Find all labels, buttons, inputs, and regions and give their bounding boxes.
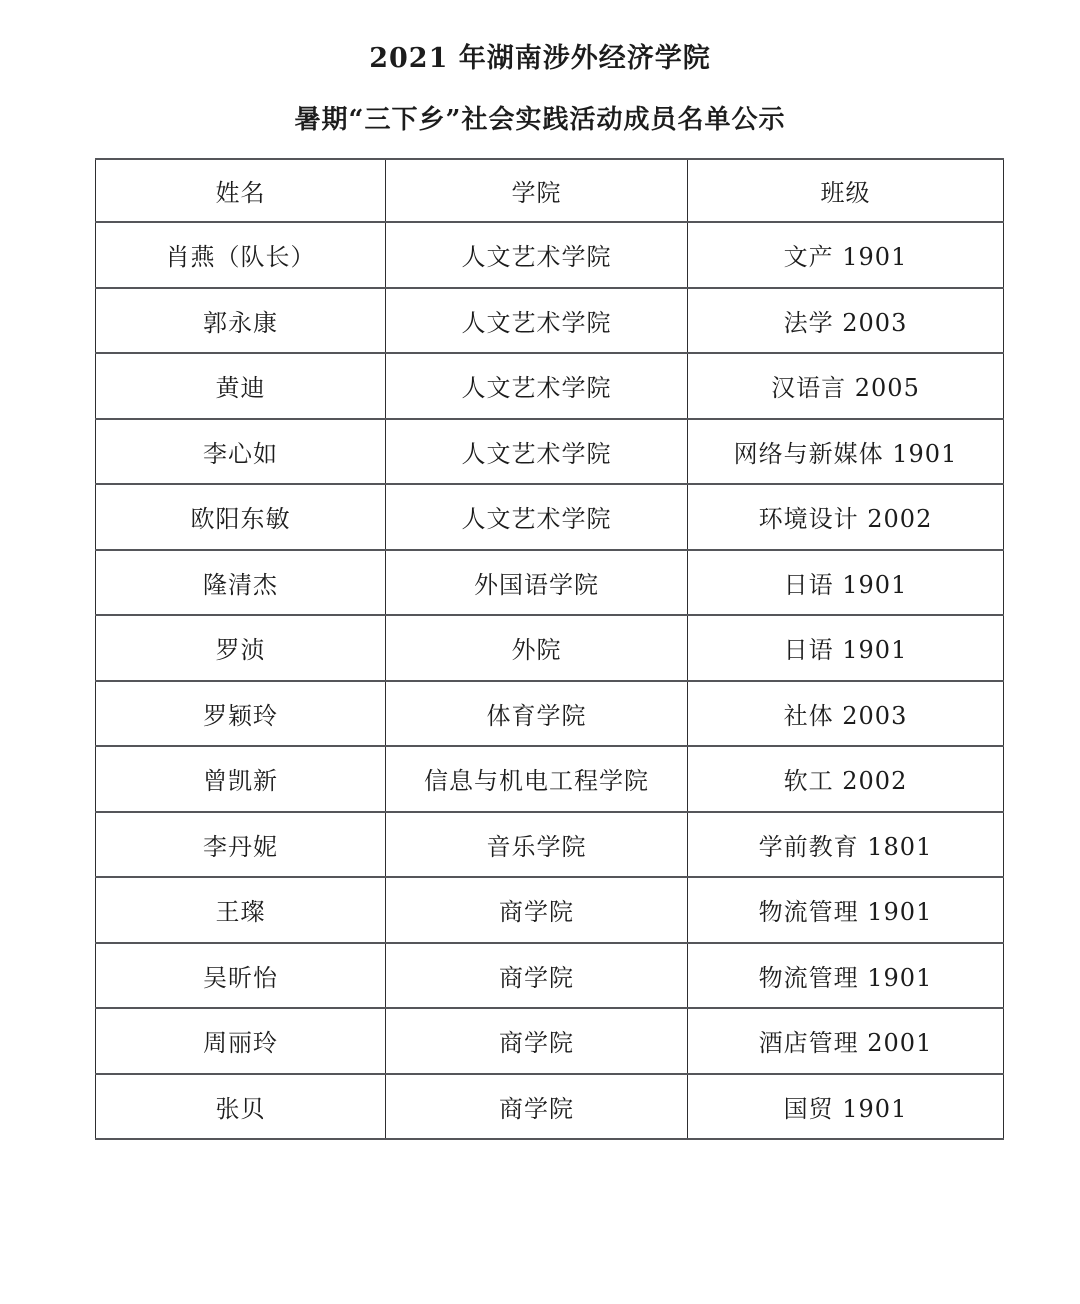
college-cell: 音乐学院 (386, 812, 688, 878)
name-cell: 王璨 (96, 877, 386, 943)
name-cell: 曾凯新 (96, 746, 386, 812)
college-cell: 外国语学院 (386, 550, 688, 616)
column-header-class: 班级 (688, 159, 1004, 222)
column-header-college: 学院 (386, 159, 688, 222)
table-row: 黄迪人文艺术学院汉语言 2005 (96, 353, 1004, 419)
college-cell: 信息与机电工程学院 (386, 746, 688, 812)
class-cell: 物流管理 1901 (688, 877, 1004, 943)
document-page: 2021 年湖南涉外经济学院 暑期“三下乡”社会实践活动成员名单公示 姓名 学院… (0, 0, 1080, 1304)
class-cell: 社体 2003 (688, 681, 1004, 747)
class-cell: 软工 2002 (688, 746, 1004, 812)
class-cell: 文产 1901 (688, 222, 1004, 288)
name-cell: 黄迪 (96, 353, 386, 419)
name-cell: 罗颖玲 (96, 681, 386, 747)
college-cell: 商学院 (386, 877, 688, 943)
college-cell: 体育学院 (386, 681, 688, 747)
table-row: 欧阳东敏人文艺术学院环境设计 2002 (96, 484, 1004, 550)
class-cell: 国贸 1901 (688, 1074, 1004, 1140)
college-cell: 商学院 (386, 1008, 688, 1074)
name-cell: 李丹妮 (96, 812, 386, 878)
class-cell: 日语 1901 (688, 550, 1004, 616)
table-row: 李心如人文艺术学院网络与新媒体 1901 (96, 419, 1004, 485)
table-row: 肖燕（队长）人文艺术学院文产 1901 (96, 222, 1004, 288)
class-cell: 环境设计 2002 (688, 484, 1004, 550)
table-row: 曾凯新信息与机电工程学院软工 2002 (96, 746, 1004, 812)
name-cell: 郭永康 (96, 288, 386, 354)
name-cell: 张贝 (96, 1074, 386, 1140)
college-cell: 人文艺术学院 (386, 419, 688, 485)
header-row: 姓名 学院 班级 (96, 159, 1004, 222)
table-row: 隆清杰外国语学院日语 1901 (96, 550, 1004, 616)
college-cell: 人文艺术学院 (386, 353, 688, 419)
name-cell: 肖燕（队长） (96, 222, 386, 288)
table-row: 张贝商学院国贸 1901 (96, 1074, 1004, 1140)
college-cell: 外院 (386, 615, 688, 681)
name-cell: 隆清杰 (96, 550, 386, 616)
member-table: 姓名 学院 班级 肖燕（队长）人文艺术学院文产 1901郭永康人文艺术学院法学 … (95, 158, 1004, 1140)
title-block: 2021 年湖南涉外经济学院 暑期“三下乡”社会实践活动成员名单公示 (0, 42, 1080, 136)
college-cell: 商学院 (386, 1074, 688, 1140)
table-row: 李丹妮音乐学院学前教育 1801 (96, 812, 1004, 878)
table-row: 吴昕怡商学院物流管理 1901 (96, 943, 1004, 1009)
class-cell: 学前教育 1801 (688, 812, 1004, 878)
member-table-header: 姓名 学院 班级 (96, 159, 1004, 222)
column-header-name: 姓名 (96, 159, 386, 222)
member-table-body: 肖燕（队长）人文艺术学院文产 1901郭永康人文艺术学院法学 2003黄迪人文艺… (96, 222, 1004, 1139)
name-cell: 周丽玲 (96, 1008, 386, 1074)
table-row: 郭永康人文艺术学院法学 2003 (96, 288, 1004, 354)
class-cell: 网络与新媒体 1901 (688, 419, 1004, 485)
page-title-line2: 暑期“三下乡”社会实践活动成员名单公示 (0, 104, 1080, 136)
college-cell: 人文艺术学院 (386, 288, 688, 354)
page-title-line1: 2021 年湖南涉外经济学院 (0, 42, 1080, 76)
table-row: 罗颖玲体育学院社体 2003 (96, 681, 1004, 747)
college-cell: 人文艺术学院 (386, 484, 688, 550)
class-cell: 日语 1901 (688, 615, 1004, 681)
table-row: 周丽玲商学院酒店管理 2001 (96, 1008, 1004, 1074)
name-cell: 吴昕怡 (96, 943, 386, 1009)
college-cell: 商学院 (386, 943, 688, 1009)
table-row: 罗浈外院日语 1901 (96, 615, 1004, 681)
class-cell: 法学 2003 (688, 288, 1004, 354)
college-cell: 人文艺术学院 (386, 222, 688, 288)
class-cell: 汉语言 2005 (688, 353, 1004, 419)
name-cell: 罗浈 (96, 615, 386, 681)
table-row: 王璨商学院物流管理 1901 (96, 877, 1004, 943)
class-cell: 酒店管理 2001 (688, 1008, 1004, 1074)
name-cell: 欧阳东敏 (96, 484, 386, 550)
name-cell: 李心如 (96, 419, 386, 485)
class-cell: 物流管理 1901 (688, 943, 1004, 1009)
